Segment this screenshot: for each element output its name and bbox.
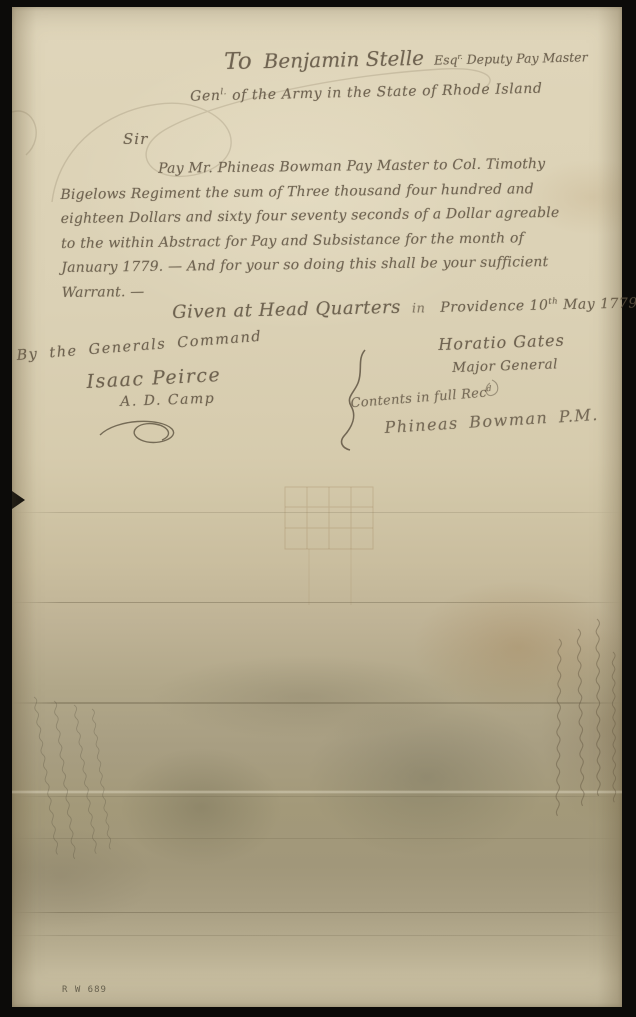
aide-title: A. D. Camp (120, 391, 215, 410)
fold-crease (12, 702, 622, 704)
fold-ridge (12, 790, 622, 794)
photo-background: To Benjamin Stelle Esqr. Deputy Pay Mast… (0, 0, 636, 1017)
address-title: Esqr. Deputy Pay Master (434, 49, 588, 67)
dateline-in: in (412, 301, 426, 316)
payee-signature: Phineas Bowman P.M. (384, 405, 599, 437)
address-name: Benjamin Stelle (263, 46, 424, 73)
general-signature: Horatio Gates (438, 331, 565, 354)
dateline-place-date: Providence 10th May 1779. (440, 295, 636, 316)
general-title: Major General (452, 356, 558, 376)
catalog-mark: R W 689 (62, 985, 107, 995)
address-to: To (224, 48, 252, 75)
salutation: Sir (123, 130, 148, 148)
receipt-line: Contents in full Recd (350, 384, 493, 411)
by-command-line: By the Generals Command (16, 329, 263, 364)
fold-crease (12, 838, 622, 839)
address-line-1: To Benjamin Stelle Esqr. Deputy Pay Mast… (224, 41, 588, 75)
bleedthrough-table-grid (285, 487, 373, 605)
fold-crease (12, 602, 622, 603)
aide-signature: Isaac Peirce (86, 364, 222, 393)
fold-crease (12, 935, 622, 936)
edge-tear-notch (12, 491, 25, 509)
docket-bleedthrough-script (541, 619, 622, 816)
fold-crease (12, 796, 622, 797)
manuscript-page: To Benjamin Stelle Esqr. Deputy Pay Mast… (12, 7, 622, 1007)
figures-bleedthrough-script (34, 696, 111, 859)
dateline-given: Given at Head Quarters (172, 297, 401, 323)
body-paragraph: Pay Mr. Phineas Bowman Pay Master to Col… (60, 151, 622, 305)
fold-crease (12, 512, 622, 513)
fold-crease (12, 912, 622, 913)
address-line-2: Genl. of the Army in the State of Rhode … (190, 79, 543, 105)
